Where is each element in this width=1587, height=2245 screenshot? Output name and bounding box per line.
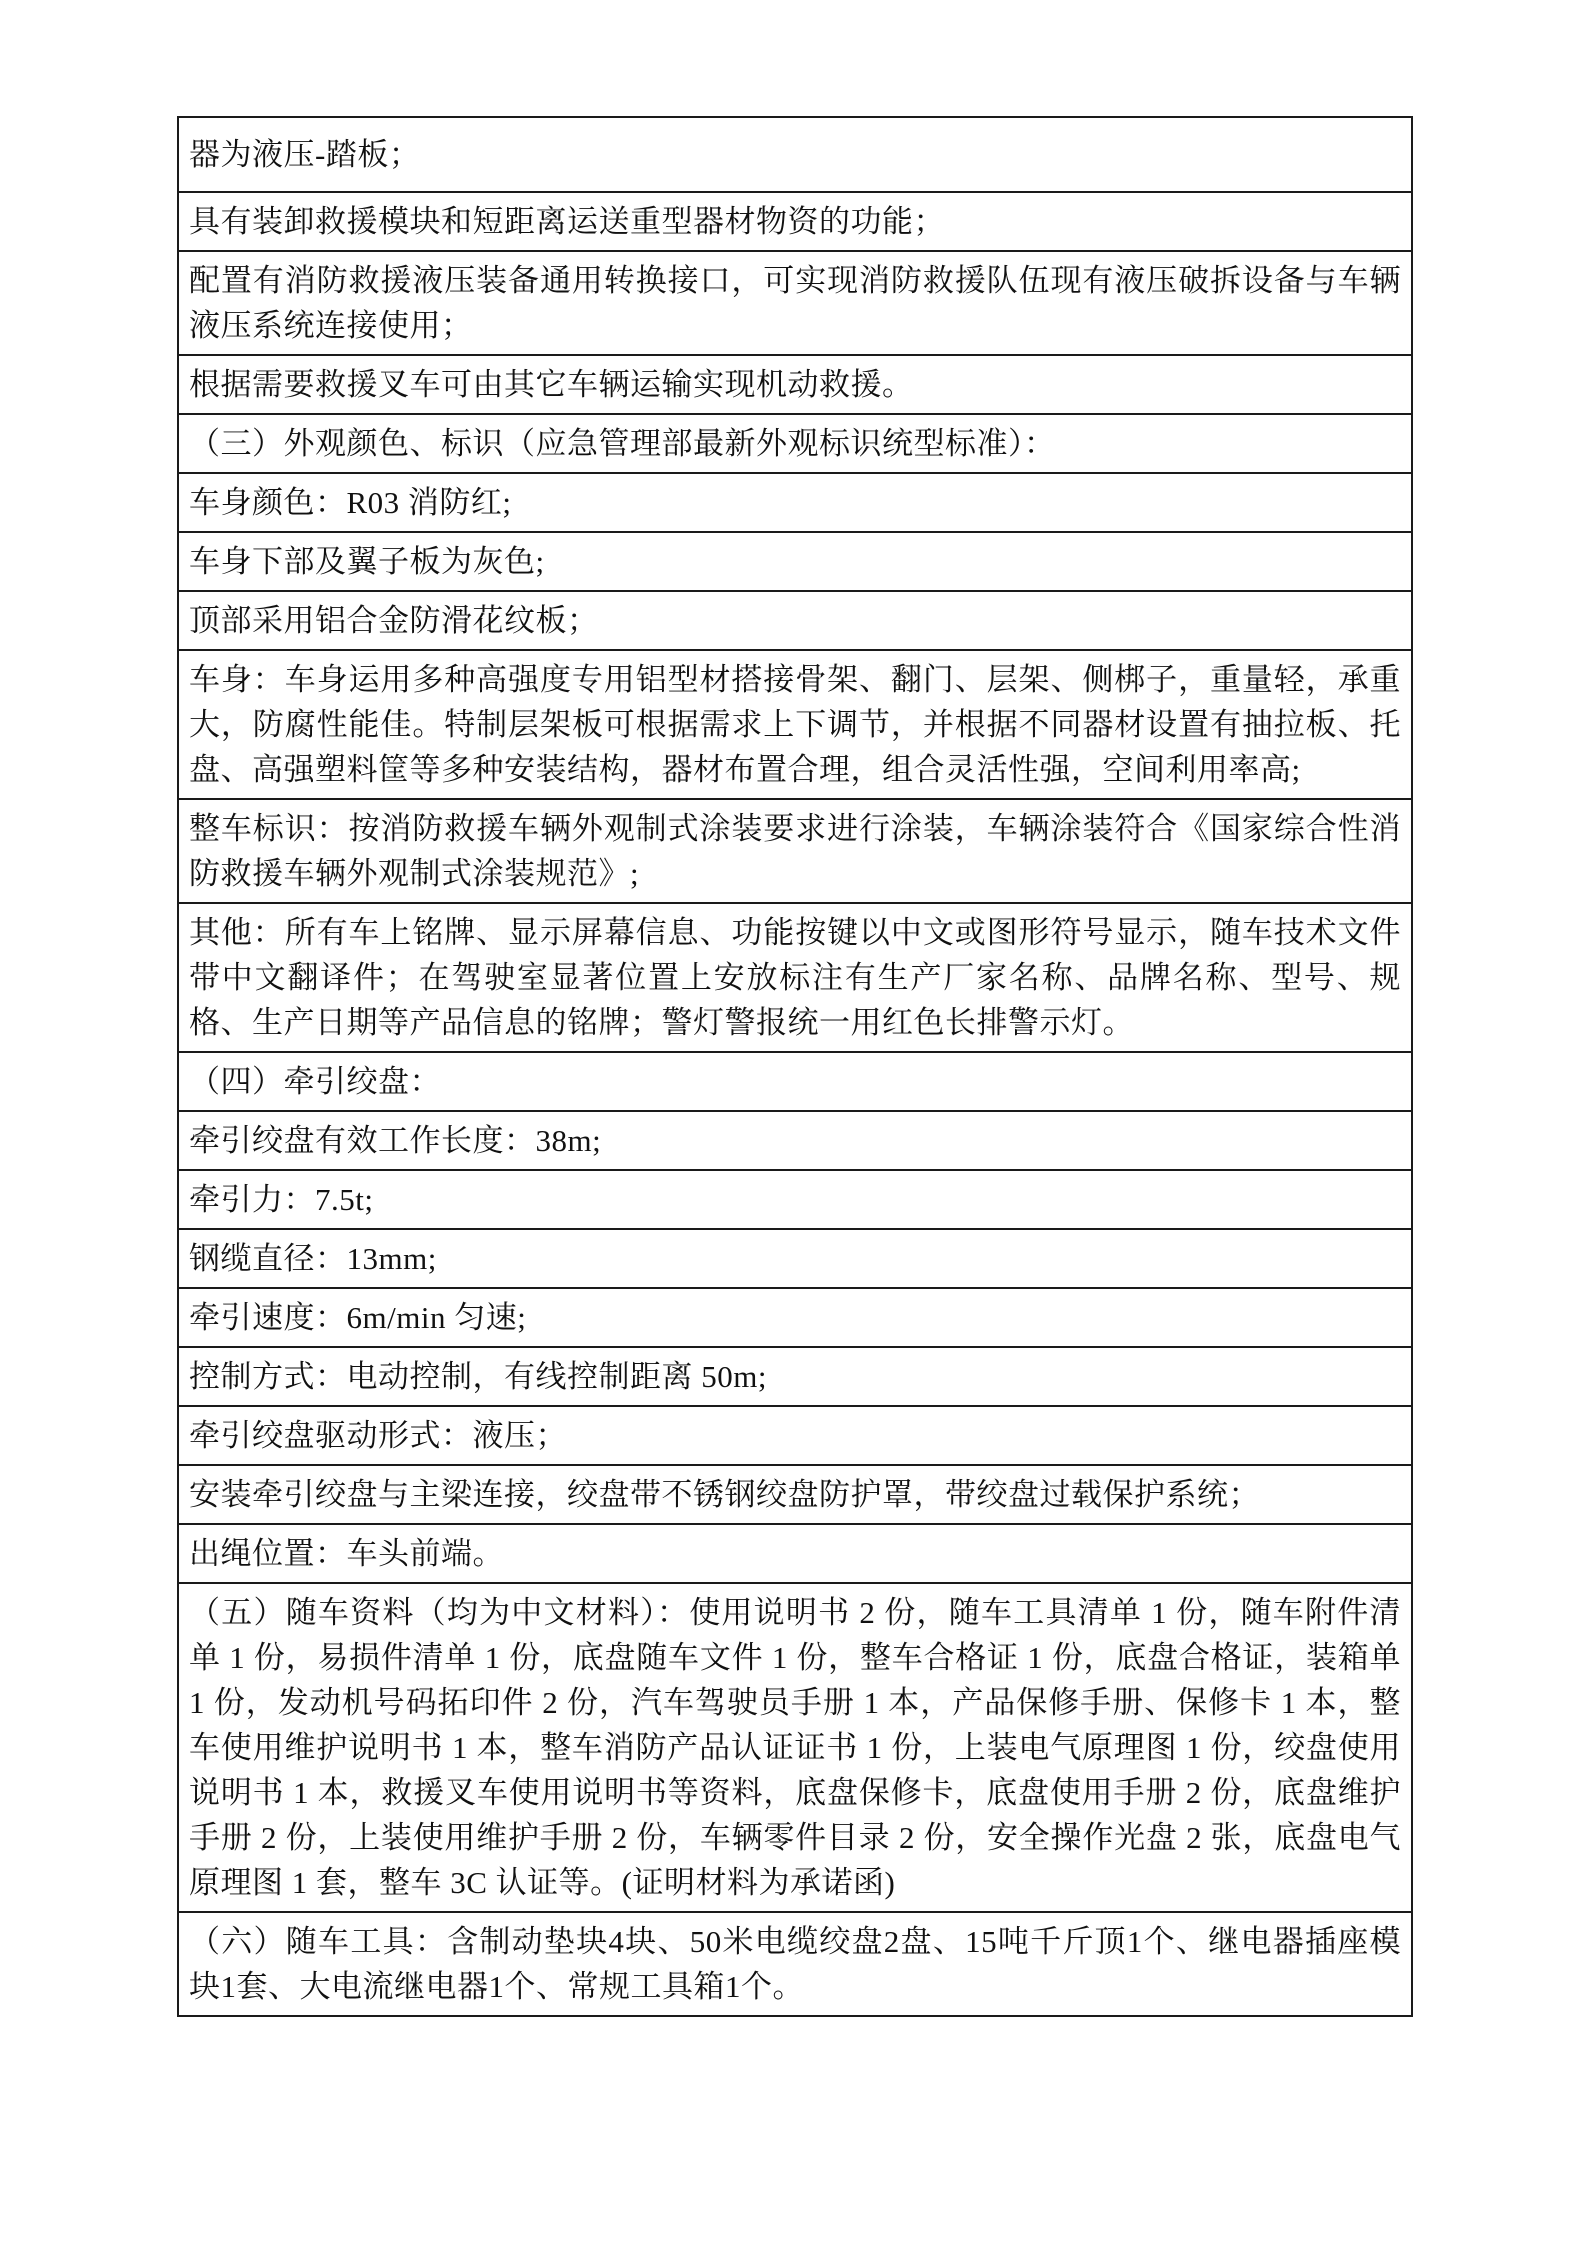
spec-table: 器为液压-踏板； 具有装卸救援模块和短距离运送重型器材物资的功能； 配置有消防救…: [177, 116, 1413, 2017]
table-row: 配置有消防救援液压装备通用转换接口，可实现消防救援队伍现有液压破拆设备与车辆液压…: [179, 252, 1411, 356]
table-row-section-header: （四）牵引绞盘：: [179, 1053, 1411, 1112]
table-row: 牵引力：7.5t;: [179, 1171, 1411, 1230]
table-row: 牵引速度：6m/min 匀速;: [179, 1289, 1411, 1348]
table-row: 器为液压-踏板；: [179, 118, 1411, 193]
table-row: 根据需要救援叉车可由其它车辆运输实现机动救援。: [179, 356, 1411, 415]
table-row: 车身颜色：R03 消防红;: [179, 474, 1411, 533]
table-row: 钢缆直径：13mm;: [179, 1230, 1411, 1289]
document-page: 器为液压-踏板； 具有装卸救援模块和短距离运送重型器材物资的功能； 配置有消防救…: [0, 0, 1587, 2245]
table-row-section-header: （六）随车工具：含制动垫块4块、50米电缆绞盘2盘、15吨千斤顶1个、继电器插座…: [179, 1913, 1411, 2015]
table-row: 车身下部及翼子板为灰色;: [179, 533, 1411, 592]
table-row: 车身：车身运用多种高强度专用铝型材搭接骨架、翻门、层架、侧梆子，重量轻，承重大，…: [179, 651, 1411, 800]
table-row: 牵引绞盘驱动形式：液压；: [179, 1407, 1411, 1466]
table-row: 顶部采用铝合金防滑花纹板；: [179, 592, 1411, 651]
table-row-section-header: （三）外观颜色、标识（应急管理部最新外观标识统型标准）：: [179, 415, 1411, 474]
table-row: 具有装卸救援模块和短距离运送重型器材物资的功能；: [179, 193, 1411, 252]
table-row: 控制方式：电动控制，有线控制距离 50m;: [179, 1348, 1411, 1407]
table-row: 出绳位置：车头前端。: [179, 1525, 1411, 1584]
table-row: 安装牵引绞盘与主梁连接，绞盘带不锈钢绞盘防护罩，带绞盘过载保护系统；: [179, 1466, 1411, 1525]
table-row-section-header: （五）随车资料（均为中文材料）：使用说明书 2 份，随车工具清单 1 份，随车附…: [179, 1584, 1411, 1913]
table-row: 其他：所有车上铭牌、显示屏幕信息、功能按键以中文或图形符号显示，随车技术文件带中…: [179, 904, 1411, 1053]
table-row: 整车标识：按消防救援车辆外观制式涂装要求进行涂装，车辆涂装符合《国家综合性消防救…: [179, 800, 1411, 904]
table-row: 牵引绞盘有效工作长度：38m;: [179, 1112, 1411, 1171]
